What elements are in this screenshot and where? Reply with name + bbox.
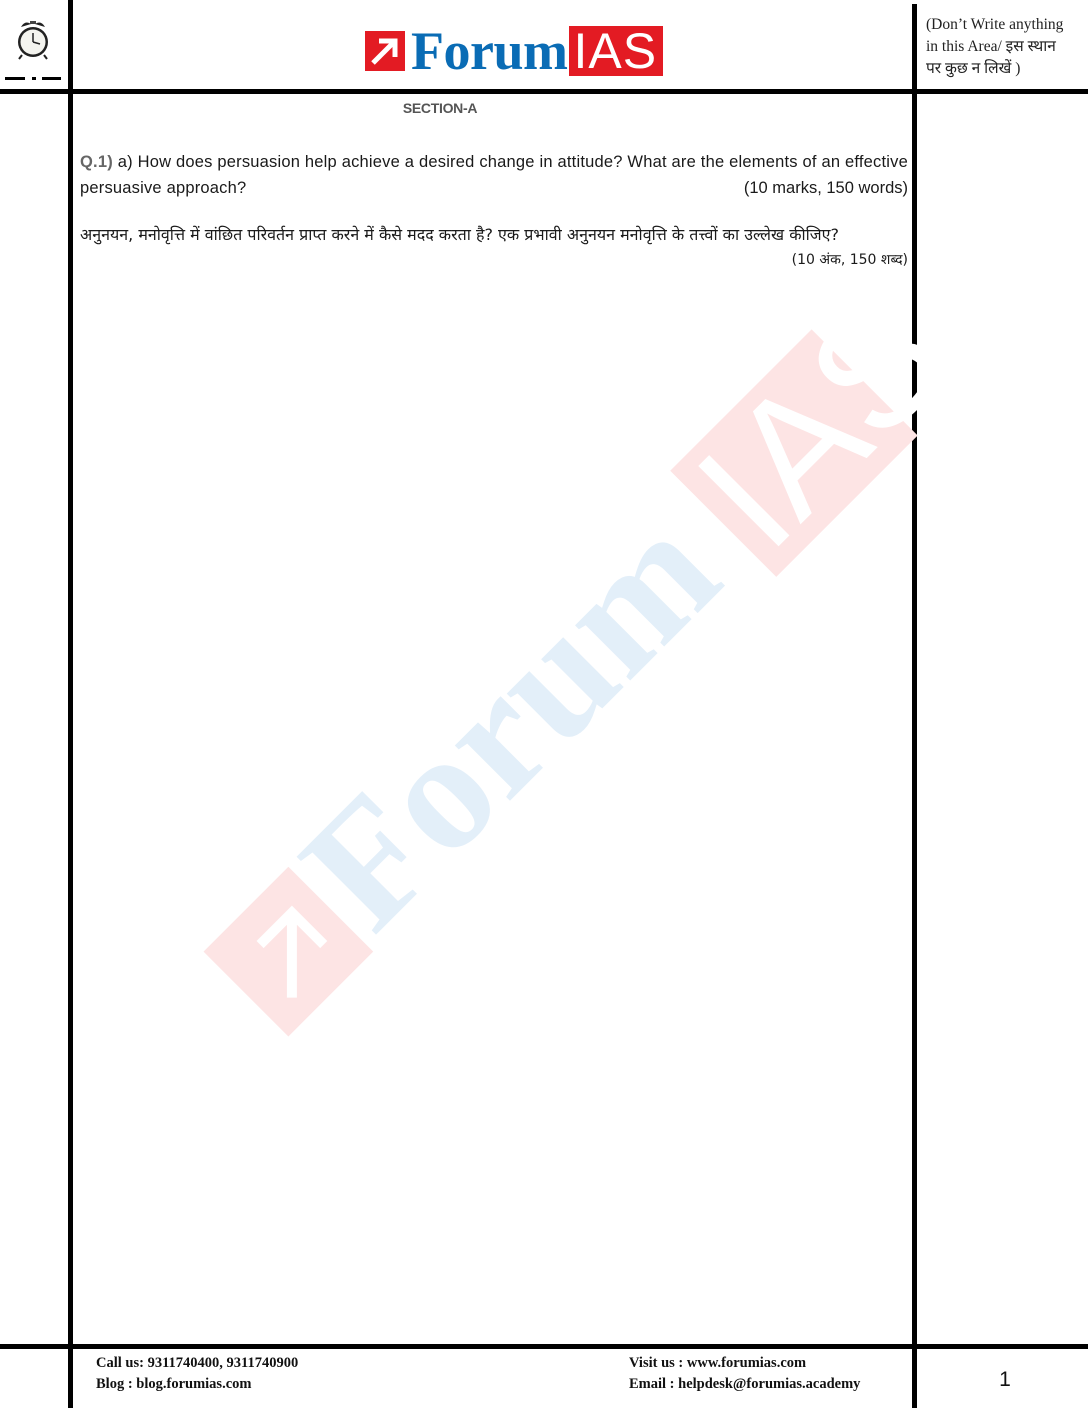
arrow-up-right-icon <box>365 31 405 71</box>
dash-dot-mark <box>5 77 61 81</box>
alarm-clock-icon <box>13 18 53 60</box>
question-text-hindi: अनुनयन, मनोवृत्ति में वांछित परिवर्तन प्… <box>80 222 910 248</box>
logo-forum-text: Forum <box>411 25 567 77</box>
right-margin-rule <box>912 4 917 1408</box>
footer-web: Visit us : www.forumias.com Email : help… <box>629 1353 860 1395</box>
logo-ias-text: IAS <box>569 26 663 76</box>
forumias-watermark: Forum IAS <box>150 290 950 1090</box>
footer-contact: Call us: 9311740400, 9311740900 Blog : b… <box>96 1353 298 1395</box>
left-margin-rule <box>68 0 73 1408</box>
note-line-1: (Don’t Write anything <box>926 14 1086 36</box>
footer-call: Call us: 9311740400, 9311740900 <box>96 1353 298 1374</box>
page-number: 1 <box>990 1368 1020 1392</box>
marks-hindi: (10 अंक, 150 शब्द) <box>792 249 908 271</box>
header-rule <box>0 89 1088 94</box>
footer-blog: Blog : blog.forumias.com <box>96 1374 298 1395</box>
note-line-2: in this Area/ इस स्थान <box>926 36 1086 58</box>
svg-text:IAS: IAS <box>662 290 950 582</box>
question-number: Q.1) <box>80 153 113 171</box>
footer-visit: Visit us : www.forumias.com <box>629 1353 860 1374</box>
marks-english: (10 marks, 150 words) <box>744 175 908 201</box>
svg-text:Forum: Forum <box>266 477 753 964</box>
do-not-write-note: (Don’t Write anything in this Area/ इस स… <box>926 14 1086 80</box>
forumias-logo: Forum IAS <box>365 25 663 77</box>
section-title: SECTION-A <box>0 100 880 116</box>
footer-email: Email : helpdesk@forumias.academy <box>629 1374 860 1395</box>
note-line-3: पर कुछ न लिखें ) <box>926 58 1086 80</box>
footer-rule <box>0 1344 1088 1349</box>
